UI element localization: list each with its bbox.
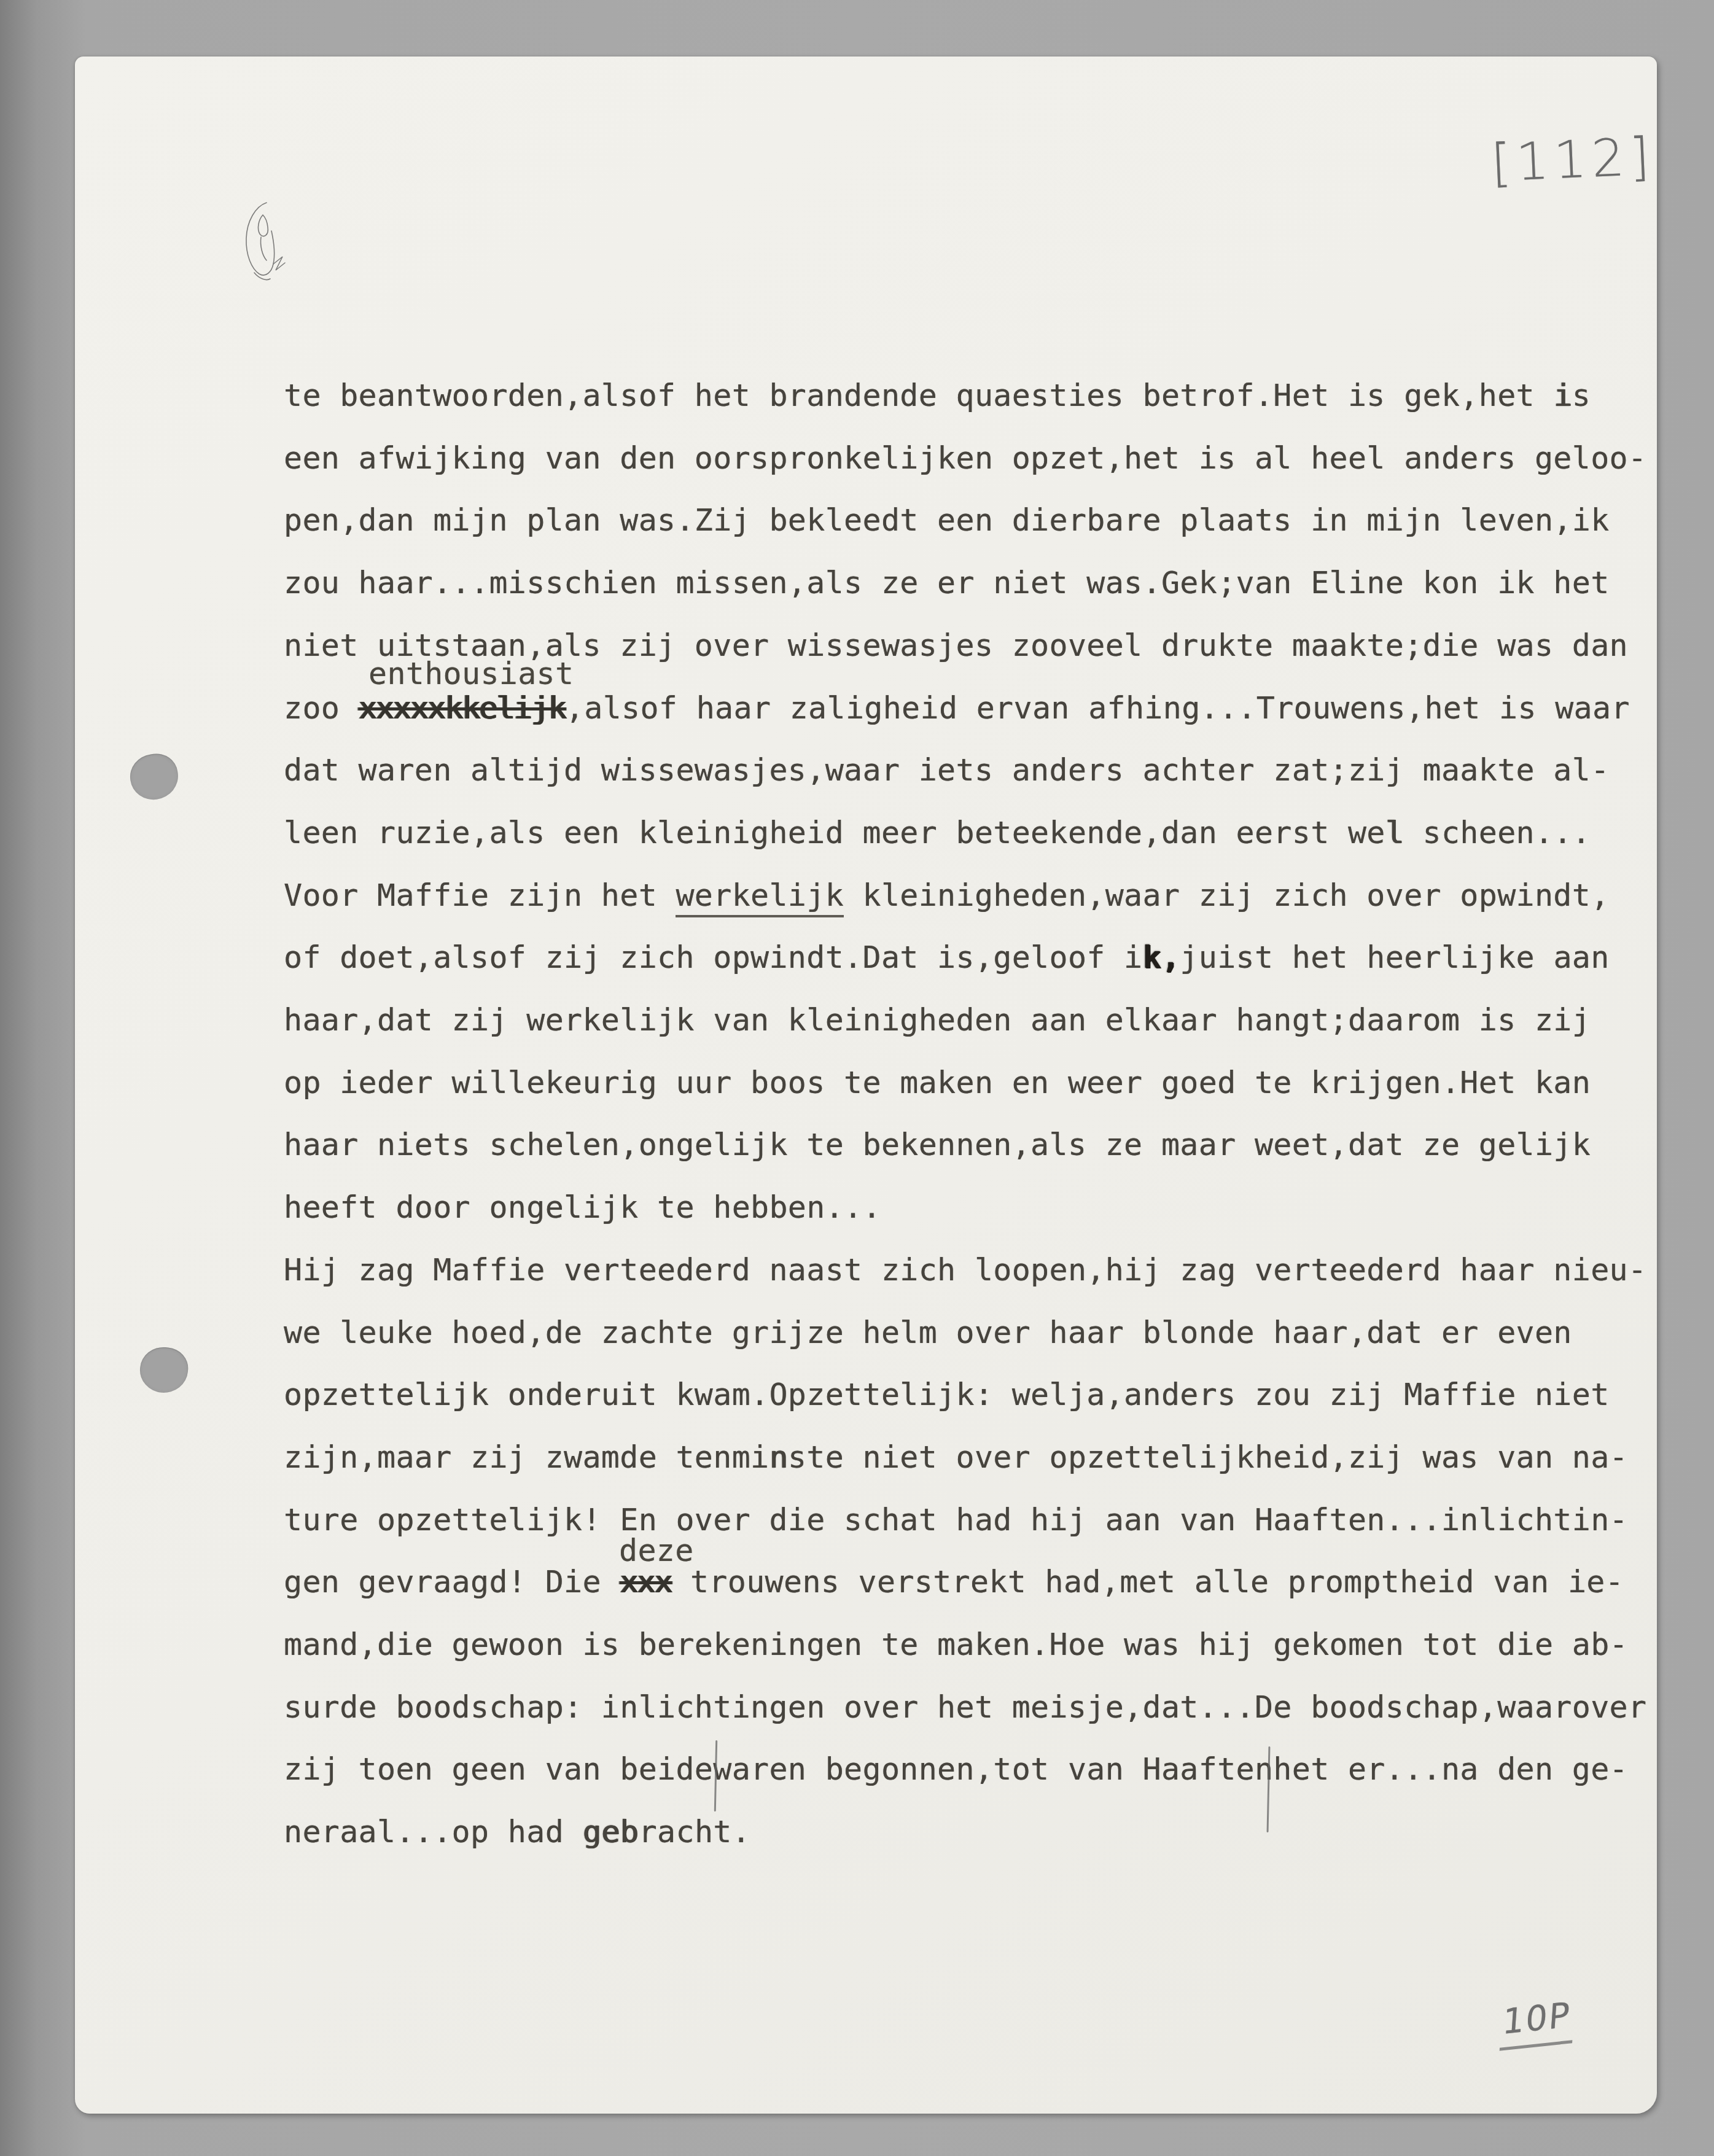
typed-segment: zou haar...misschien missen,als ze er ni… xyxy=(284,565,1610,601)
typed-segment: ,alsof haar zaligheid ervan afhing...Tro… xyxy=(566,690,1630,726)
typed-segment: Hij zag Maffie verteederd naast zich loo… xyxy=(284,1252,1646,1288)
struck-out-word: xxxxxkkelijk xyxy=(359,690,566,726)
bottom-page-mark: 10P xyxy=(1500,1996,1576,2050)
typed-segment: gen gevraagd! Die xyxy=(284,1564,620,1600)
typed-segment: haar,dat zij werkelijk van kleinigheden … xyxy=(284,1002,1591,1038)
typed-line: leen ruzie,als een kleinigheid meer bete… xyxy=(284,815,1591,850)
typed-insertion-deze: deze xyxy=(619,1533,694,1568)
typed-segment: op ieder willekeurig uur boos te maken e… xyxy=(284,1065,1591,1100)
typed-segment: racht. xyxy=(639,1814,750,1850)
typed-segment: heeft door ongelijk te hebben... xyxy=(284,1189,881,1225)
typed-line: te beantwoorden,alsof het brandende quae… xyxy=(284,378,1591,413)
typed-line: haar niets schelen,ongelijk te bekennen,… xyxy=(284,1127,1591,1162)
typed-line: surde boodschap: inlichtingen over het m… xyxy=(284,1689,1646,1725)
typed-segment: dat waren altijd wissewasjes,waar iets a… xyxy=(284,752,1610,788)
typed-segment: l xyxy=(1385,815,1404,850)
typed-segment: opzettelijk onderuit kwam.Opzettelijk: w… xyxy=(284,1377,1610,1412)
typed-segment: juist het heerlijke aan xyxy=(1180,940,1609,975)
hole-punch-top xyxy=(127,751,181,803)
typed-segment: trouwens verstrekt had,met alle prompthe… xyxy=(672,1564,1624,1600)
typed-segment: een afwijking van den oorspronkelijken o… xyxy=(284,440,1646,476)
typed-segment: ste niet over opzettelijkheid,zij was va… xyxy=(788,1439,1628,1475)
typed-line: haar,dat zij werkelijk van kleinigheden … xyxy=(284,1002,1591,1038)
typed-segment: surde boodschap: inlichtingen over het m… xyxy=(284,1689,1646,1725)
typed-segment: neraal...op had xyxy=(284,1814,582,1850)
typed-line: Hij zag Maffie verteederd naast zich loo… xyxy=(284,1252,1646,1288)
typed-line: zoo xxxxxkkelijk,alsof haar zaligheid er… xyxy=(284,690,1630,726)
typed-line: ture opzettelijk! En over die schat had … xyxy=(284,1502,1628,1538)
typed-segment: pen,dan mijn plan was.Zij bekleedt een d… xyxy=(284,502,1610,538)
typed-line: zij toen geen van beidewaren begonnen,to… xyxy=(284,1751,1628,1787)
typed-line: heeft door ongelijk te hebben... xyxy=(284,1189,881,1225)
typed-segment: werkelijk xyxy=(676,878,844,917)
hole-punch-bottom xyxy=(138,1345,190,1395)
typed-segment: kleinigheden,waar zij zich over opwindt, xyxy=(844,878,1610,913)
typed-segment: Voor Maffie zijn het xyxy=(284,878,676,913)
typed-segment: scheen... xyxy=(1404,815,1591,850)
typed-line: gen gevraagd! Die xxx trouwens verstrekt… xyxy=(284,1564,1624,1600)
struck-out-word: xxx xyxy=(620,1564,671,1600)
typed-line: zijn,maar zij zwamde tenminste niet over… xyxy=(284,1439,1628,1475)
typed-segment: zoo xyxy=(284,690,359,726)
typed-line: neraal...op had gebracht. xyxy=(284,1814,750,1850)
typed-segment: of doet,alsof zij zich opwindt.Dat is,ge… xyxy=(284,940,1143,975)
typed-segment: zijn,maar zij zwamde tenmi xyxy=(284,1439,769,1475)
typed-line: Voor Maffie zijn het werkelijk kleinighe… xyxy=(284,878,1610,913)
typed-line: of doet,alsof zij zich opwindt.Dat is,ge… xyxy=(284,940,1610,975)
typed-line: mand,die gewoon is berekeningen te maken… xyxy=(284,1627,1628,1662)
typed-line: op ieder willekeurig uur boos te maken e… xyxy=(284,1065,1591,1100)
page-number-annotation: [112] xyxy=(1490,126,1656,193)
typed-segment: haar niets schelen,ongelijk te bekennen,… xyxy=(284,1127,1591,1162)
typed-segment: te beantwoorden,alsof het brandende quae… xyxy=(284,378,1553,413)
typed-segment: leen ruzie,als een kleinigheid meer bete… xyxy=(284,815,1385,850)
typed-line: opzettelijk onderuit kwam.Opzettelijk: w… xyxy=(284,1377,1610,1412)
typed-segment: we leuke hoed,de zachte grijze helm over… xyxy=(284,1315,1572,1350)
manuscript-page: [112] te beantwoorden,alsof het brandend… xyxy=(75,56,1657,2114)
typed-segment: k, xyxy=(1143,940,1180,975)
scanned-page-photo: [112] te beantwoorden,alsof het brandend… xyxy=(0,0,1714,2156)
typed-segment: i xyxy=(1553,378,1572,413)
typed-segment: s xyxy=(1572,378,1591,413)
typed-insertion-enthousiast: enthousiast xyxy=(368,656,574,691)
typed-segment: geb xyxy=(582,1814,638,1850)
typed-segment: ture opzettelijk! En over die schat had … xyxy=(284,1502,1628,1538)
typed-segment: zij toen geen van beidewaren begonnen,to… xyxy=(284,1751,1628,1787)
typed-segment: n xyxy=(769,1439,787,1475)
typed-line: pen,dan mijn plan was.Zij bekleedt een d… xyxy=(284,502,1610,538)
typed-line: dat waren altijd wissewasjes,waar iets a… xyxy=(284,752,1610,788)
typed-line: we leuke hoed,de zachte grijze helm over… xyxy=(284,1315,1572,1350)
typed-line: zou haar...misschien missen,als ze er ni… xyxy=(284,565,1610,601)
typed-line: een afwijking van den oorspronkelijken o… xyxy=(284,440,1646,476)
pencil-doodle-icon xyxy=(242,199,294,284)
typed-segment: mand,die gewoon is berekeningen te maken… xyxy=(284,1627,1628,1662)
